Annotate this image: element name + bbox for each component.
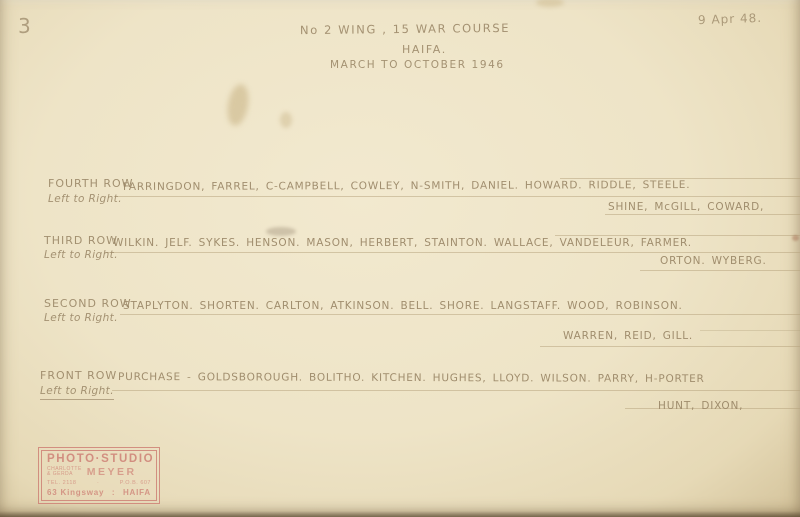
stamp-owner-row: CHARLOTTE & GERDA MEYER	[47, 466, 151, 478]
ruled-line	[555, 235, 800, 236]
row-names-fourth-line2: SHINE, McGILL, COWARD,	[608, 201, 764, 213]
row-names-fourth-line1: FARRINGDON, FARREL, C-CAMPBELL, COWLEY, …	[123, 179, 690, 193]
date-annotation: 9 Apr 48.	[698, 11, 763, 27]
stamp-address: 63 Kingsway	[47, 488, 104, 497]
stamp-dot: ·	[97, 480, 99, 486]
row-label-second: SECOND ROW	[44, 297, 132, 310]
stamp-pob: P.O.B. 607	[120, 480, 151, 486]
stamp-owner-line2: & GERDA	[47, 472, 82, 477]
stamp-surname: MEYER	[87, 466, 137, 478]
paper-stain	[536, 0, 564, 7]
row-label-front: FRONT ROW	[40, 369, 117, 382]
row-names-second-line1: STAPLYTON. SHORTEN. CARLTON, ATKINSON. B…	[123, 300, 683, 312]
row-sublabel-third: Left to Right.	[44, 249, 118, 261]
stamp-title: PHOTO·STUDIO	[47, 453, 151, 465]
row-label-fourth: FOURTH ROW	[48, 177, 134, 190]
paper-stain	[280, 112, 292, 128]
photo-bottom-edge-shadow	[0, 511, 800, 517]
row-sublabel-front: Left to Right.	[40, 385, 114, 397]
ruled-line	[120, 314, 800, 315]
row-names-third-line2: ORTON. WYBERG.	[660, 255, 767, 267]
ruled-line	[640, 270, 800, 271]
ruled-line	[105, 252, 800, 253]
ruled-line	[605, 214, 800, 215]
ruled-line	[112, 390, 800, 391]
stamp-address-row: 63 Kingsway : HAIFA	[47, 488, 151, 497]
title-line2: HAIFA.	[402, 43, 447, 56]
photo-studio-stamp: PHOTO·STUDIO CHARLOTTE & GERDA MEYER TEL…	[38, 447, 160, 504]
stamp-owner-names: CHARLOTTE & GERDA	[47, 467, 82, 477]
row-names-second-line2: WARREN, REID, GILL.	[563, 330, 693, 342]
title-line1: No 2 WING , 15 WAR COURSE	[300, 21, 510, 37]
row-sublabel-fourth: Left to Right.	[48, 193, 122, 205]
stamp-tel: TEL. 2118	[47, 480, 76, 486]
pencil-smudge	[266, 227, 296, 236]
ruled-line	[115, 196, 800, 197]
paper-fleck	[792, 235, 799, 241]
row-names-third-line1: WILKIN. JELF. SYKES. HENSON. MASON, HERB…	[113, 237, 692, 249]
title-line3: MARCH TO OCTOBER 1946	[330, 59, 505, 71]
paper-stain	[225, 83, 252, 128]
row-sublabel-second: Left to Right.	[44, 312, 118, 324]
stamp-city: HAIFA	[123, 488, 151, 497]
row-names-front-line1: PURCHASE - GOLDSBOROUGH. BOLITHO. KITCHE…	[118, 371, 705, 385]
ruled-line	[540, 346, 800, 347]
stamp-contact-row: TEL. 2118 · P.O.B. 607	[47, 480, 151, 486]
row-label-third: THIRD ROW	[44, 234, 118, 247]
ruled-line	[700, 330, 800, 331]
sublabel-underline	[40, 399, 114, 400]
row-names-front-line2: HUNT, DIXON,	[658, 400, 743, 412]
page-number: 3	[18, 14, 31, 38]
stamp-separator: :	[112, 488, 115, 497]
photo-back-scan: 3 9 Apr 48. No 2 WING , 15 WAR COURSE HA…	[0, 0, 800, 517]
